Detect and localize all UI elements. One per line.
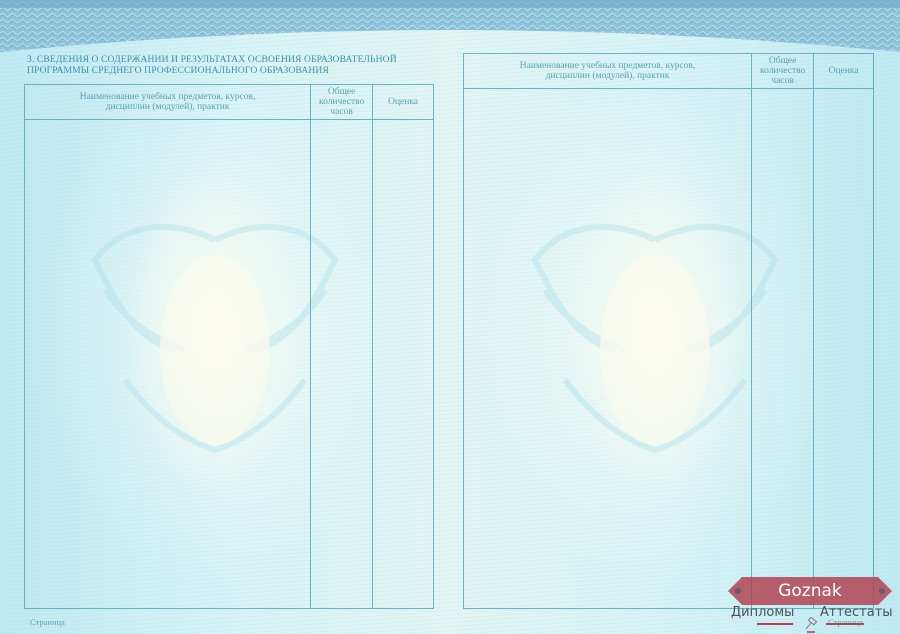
column-header-hours: Общее количество часов: [311, 85, 373, 120]
left-grades-table: Наименование учебных предметов, курсов, …: [24, 84, 434, 609]
table-body-row: [464, 89, 874, 609]
hours-header-line-2: количество: [311, 97, 372, 107]
hours-header-line-3: часов: [311, 107, 372, 117]
hours-cell: [311, 120, 373, 609]
table-body-row: [25, 120, 434, 609]
subject-cell: [464, 89, 752, 609]
diplomas-link-underline: [757, 623, 793, 625]
subject-header-line-2: дисциплин (модулей), практик: [25, 102, 310, 112]
hours-header-line-1: Общее: [752, 56, 813, 66]
column-header-hours: Общее количество часов: [752, 54, 814, 89]
column-header-grade: Оценка: [373, 85, 434, 120]
hours-header-line-1: Общее: [311, 87, 372, 97]
hours-header-line-3: часов: [752, 76, 813, 86]
subject-header-line-1: Наименование учебных предметов, курсов,: [464, 61, 751, 71]
subject-cell: [25, 120, 311, 609]
goznak-brand-label: Goznak: [728, 577, 892, 605]
diplomas-link[interactable]: Дипломы: [731, 605, 794, 620]
diploma-supplement-spread: 3. СВЕДЕНИЯ О СОДЕРЖАНИИ И РЕЗУЛЬТАТАХ О…: [0, 0, 900, 634]
subject-header-line-1: Наименование учебных предметов, курсов,: [25, 92, 310, 102]
right-grades-table: Наименование учебных предметов, курсов, …: [463, 53, 874, 609]
section-heading-line-1: 3. СВЕДЕНИЯ О СОДЕРЖАНИИ И РЕЗУЛЬТАТАХ О…: [27, 54, 447, 65]
grade-cell: [373, 120, 434, 609]
hammer-icon: [803, 617, 819, 633]
left-page-label: Страница: [30, 617, 65, 627]
table-header-row: Наименование учебных предметов, курсов, …: [25, 85, 434, 120]
column-header-subject: Наименование учебных предметов, курсов, …: [25, 85, 311, 120]
certificates-link-underline: [826, 623, 864, 625]
subject-header-line-2: дисциплин (модулей), практик: [464, 71, 751, 81]
hours-cell: [752, 89, 814, 609]
guilloche-top-border: [0, 0, 900, 60]
section-heading: 3. СВЕДЕНИЯ О СОДЕРЖАНИИ И РЕЗУЛЬТАТАХ О…: [27, 54, 447, 76]
section-heading-line-2: ПРОГРАММЫ СРЕДНЕГО ПРОФЕССИОНАЛЬНОГО ОБР…: [27, 65, 447, 76]
certificates-link[interactable]: Аттестаты: [820, 605, 893, 620]
grade-cell: [814, 89, 874, 609]
hours-header-line-2: количество: [752, 66, 813, 76]
column-header-subject: Наименование учебных предметов, курсов, …: [464, 54, 752, 89]
goznak-banner[interactable]: Goznak: [728, 577, 892, 605]
column-header-grade: Оценка: [814, 54, 874, 89]
table-header-row: Наименование учебных предметов, курсов, …: [464, 54, 874, 89]
